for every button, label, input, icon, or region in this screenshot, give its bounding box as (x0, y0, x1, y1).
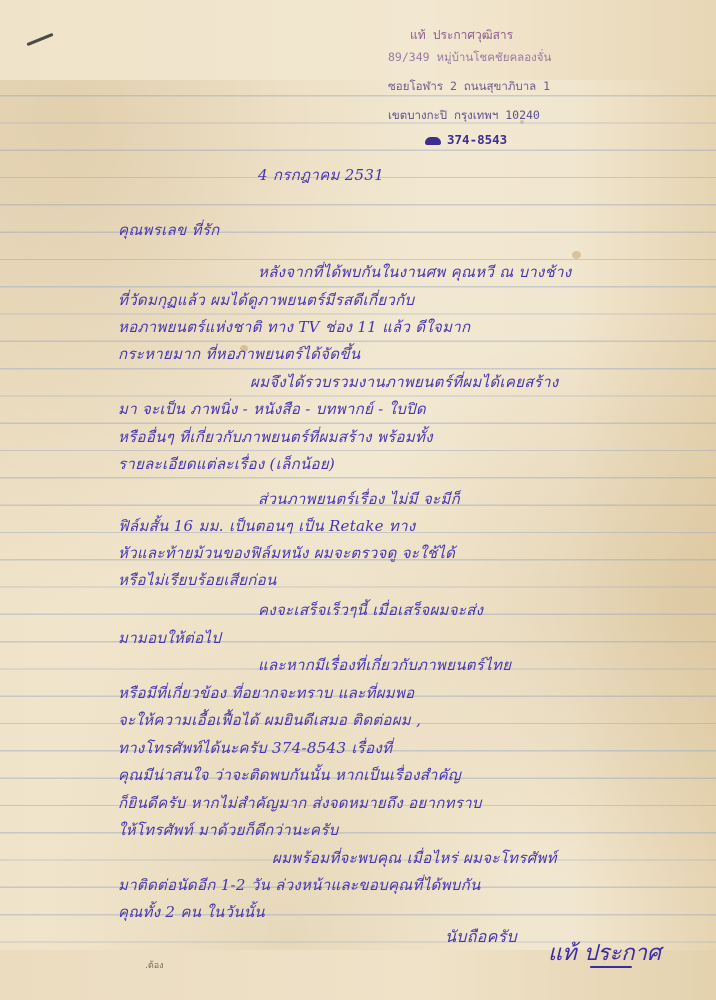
body-line: ผมจึงได้รวบรวมงานภาพยนตร์ที่ผมได้เคยสร้า… (250, 370, 558, 394)
body-line: มามอบให้ต่อไป (118, 626, 221, 650)
body-line: หรือมีที่เกี่ยวข้อง ที่อยากจะทราบ และที่… (118, 681, 414, 705)
body-line: หลังจากที่ได้พบกันในงานศพ คุณหวี ณ บางช้… (258, 260, 571, 284)
pencil-mark: .ต้อง (145, 958, 164, 972)
letter-date: 4 กรกฎาคม 2531 (258, 163, 384, 187)
telephone-icon (425, 137, 441, 145)
body-line: ทางโทรศัพท์ได้นะครับ 374-8543 เรื่องที่ (118, 736, 392, 760)
signature-underline (590, 966, 632, 968)
body-line: ผมพร้อมที่จะพบคุณ เมื่อไหร่ ผมจะโทรศัพท์ (272, 846, 557, 870)
address-line-3: เขตบางกะปิ กรุงเทพฯ 10240 (388, 104, 540, 127)
letter-paper: แท้ ประกาศวุฒิสาร 89/349 หมู่บ้านโชคชัยค… (0, 0, 716, 1000)
body-line: กระหายมาก ที่หอภาพยนตร์ได้จัดขึ้น (118, 342, 360, 366)
body-line: มาติดต่อนัดอีก 1-2 วัน ล่วงหน้าและขอบคุณ… (118, 873, 481, 897)
body-line: คุณมีน่าสนใจ ว่าจะติดพบกันนั้น หากเป็นเร… (118, 763, 461, 787)
body-line: หรืออื่นๆ ที่เกี่ยวกับภาพยนตร์ที่ผมสร้าง… (118, 425, 433, 449)
body-line: ที่วัดมกุฏแล้ว ผมได้ดูภาพยนตร์มีรสดีเกี่… (118, 288, 414, 312)
body-line: ก็ยินดีครับ หากไม่สำคัญมาก ส่งจดหมายถึง … (118, 791, 482, 815)
sender-name: แท้ ประกาศวุฒิสาร (410, 24, 513, 47)
top-margin (0, 0, 716, 80)
body-line: คุณทั้ง 2 คน ในวันนั้น (118, 900, 265, 924)
body-line: และหากมีเรื่องที่เกี่ยวกับภาพยนตร์ไทย (258, 653, 511, 677)
body-line: หอภาพยนตร์แห่งชาติ ทาง TV ช่อง 11 แล้ว ด… (118, 315, 470, 339)
body-line: หรือไม่เรียบร้อยเสียก่อน (118, 568, 277, 592)
signature: แท้ ประกาศ (548, 935, 661, 970)
address-line-2: ซอยโอฬาร 2 ถนนสุขาภิบาล 1 (388, 75, 550, 98)
salutation: คุณพรเลข ที่รัก (118, 218, 220, 242)
closing: นับถือครับ (445, 925, 517, 950)
phone-line: 374-8543 (425, 128, 507, 151)
phone-number: 374-8543 (447, 132, 507, 147)
body-line: มา จะเป็น ภาพนิ่ง - หนังสือ - บทพากย์ - … (118, 397, 426, 421)
body-line: รายละเอียดแต่ละเรื่อง (เล็กน้อย) (118, 452, 335, 476)
body-line: หัวและท้ายม้วนของฟิล์มหนัง ผมจะตรวจดู จะ… (118, 541, 455, 565)
address-line-1: 89/349 หมู่บ้านโชคชัยคลองจั่น (388, 46, 551, 69)
body-line: จะให้ความเอื้อเฟื้อได้ ผมยินดีเสมอ ติดต่… (118, 708, 421, 732)
body-line: ฟิล์มสั้น 16 มม. เป็นตอนๆ เป็น Retake ทา… (118, 514, 415, 538)
body-line: คงจะเสร็จเร็วๆนี้ เมื่อเสร็จผมจะส่ง (258, 598, 483, 622)
stain-spot (572, 251, 581, 259)
body-line: ส่วนภาพยนตร์เรื่อง ไม่มี จะมีก็ (258, 487, 460, 511)
body-line: ให้โทรศัพท์ มาด้วยก็ดีกว่านะครับ (118, 818, 338, 842)
